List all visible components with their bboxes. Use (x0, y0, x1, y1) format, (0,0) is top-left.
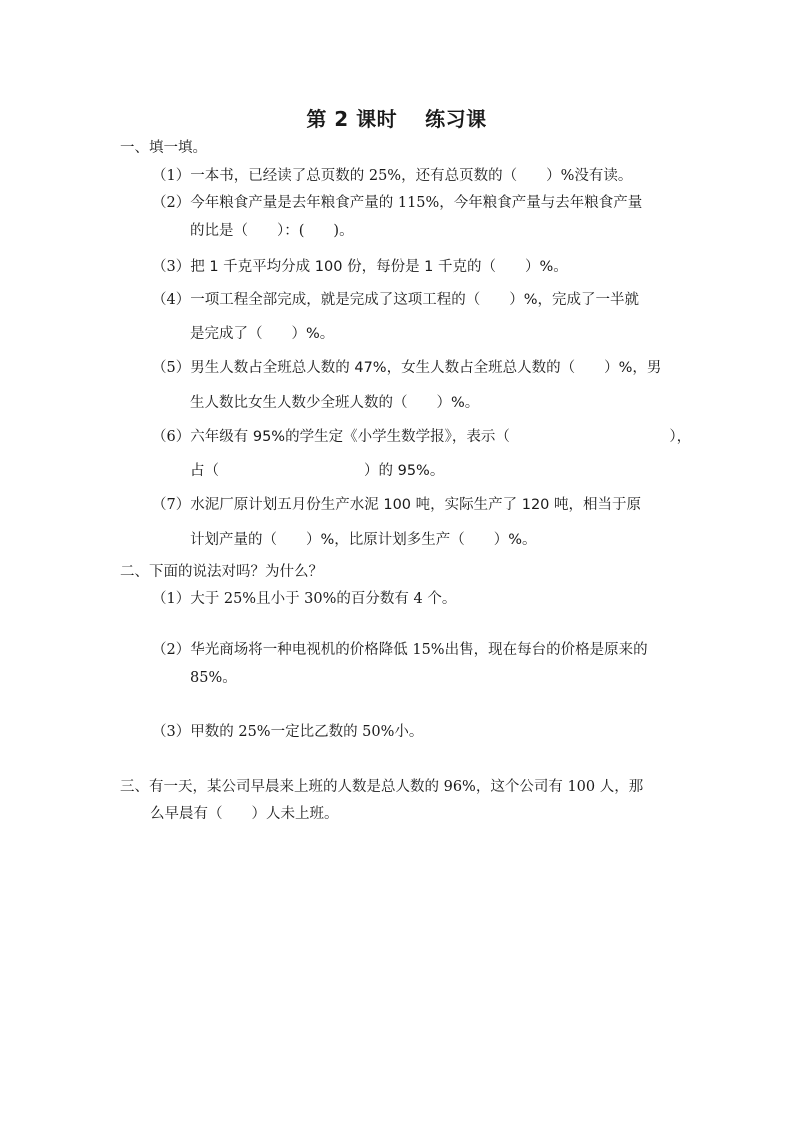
question-label: （1） (152, 591, 190, 607)
question-2-2: （2）华光商场将一种电视机的价格降低 15%出售，现在每台的价格是原来的 (152, 640, 648, 660)
question-text: 把 1 千克平均分成 100 份，每份是 1 千克的（ ）%。 (190, 259, 568, 275)
question-label: （2） (152, 642, 190, 658)
question-2-3: （3）甲数的 25%一定比乙数的 50%小。 (152, 722, 423, 742)
question-1-6-continuation: 占（ ）的 95%。 (190, 461, 444, 481)
question-1-1: （1）一本书，已经读了总页数的 25%，还有总页数的（ ）%没有读。 (152, 166, 632, 186)
question-label: （2） (152, 195, 190, 211)
question-text: 一本书，已经读了总页数的 25%，还有总页数的（ ）%没有读。 (190, 168, 632, 184)
question-1-6: （6）六年级有 95%的学生定《小学生数学报》，表示（ ）， (152, 427, 691, 447)
question-1-7: （7）水泥厂原计划五月份生产水泥 100 吨，实际生产了 120 吨，相当于原 (152, 495, 641, 515)
question-text: 水泥厂原计划五月份生产水泥 100 吨，实际生产了 120 吨，相当于原 (190, 497, 641, 513)
question-text: 甲数的 25%一定比乙数的 50%小。 (190, 724, 423, 740)
question-text: 今年粮食产量是去年粮食产量的 115%，今年粮食产量与去年粮食产量 (190, 195, 642, 211)
section-1-heading: 一、填一填。 (120, 138, 207, 158)
question-1-4-continuation: 是完成了（ ）%。 (190, 324, 334, 344)
question-label: （5） (152, 360, 190, 376)
question-label: （4） (152, 292, 190, 308)
question-text: 大于 25%且小于 30%的百分数有 4 个。 (190, 591, 456, 607)
question-label: （7） (152, 497, 190, 513)
question-label: （6） (152, 429, 190, 445)
question-text: 六年级有 95%的学生定《小学生数学报》，表示（ ）， (190, 429, 691, 445)
question-text: 有一天，某公司早晨来上班的人数是总人数的 96%，这个公司有 100 人，那 (149, 779, 643, 795)
question-label: （3） (152, 724, 190, 740)
question-1-5-continuation: 生人数比女生人数少全班人数的（ ）%。 (190, 393, 479, 413)
question-1-3: （3）把 1 千克平均分成 100 份，每份是 1 千克的（ ）%。 (152, 257, 568, 277)
page-title: 第 2 课时 练习课 (0, 103, 793, 132)
question-1-7-continuation: 计划产量的（ ）%，比原计划多生产（ ）%。 (190, 530, 537, 550)
question-label: （3） (152, 259, 190, 275)
question-text: 男生人数占全班总人数的 47%，女生人数占全班总人数的（ ）%，男 (190, 360, 661, 376)
question-1-4: （4）一项工程全部完成，就是完成了这项工程的（ ）%，完成了一半就 (152, 290, 639, 310)
question-1-2: （2）今年粮食产量是去年粮食产量的 115%，今年粮食产量与去年粮食产量 (152, 193, 642, 213)
section-3-question: 三、有一天，某公司早晨来上班的人数是总人数的 96%，这个公司有 100 人，那 (120, 777, 643, 797)
question-2-1: （1）大于 25%且小于 30%的百分数有 4 个。 (152, 589, 456, 609)
question-label: （1） (152, 168, 190, 184)
question-1-2-continuation: 的比是（ ）：( )。 (190, 221, 354, 241)
question-2-2-continuation: 85%。 (190, 668, 237, 688)
section-3-continuation: 么早晨有（ ）人未上班。 (150, 804, 339, 824)
question-1-5: （5）男生人数占全班总人数的 47%，女生人数占全班总人数的（ ）%，男 (152, 358, 661, 378)
question-text: 一项工程全部完成，就是完成了这项工程的（ ）%，完成了一半就 (190, 292, 639, 308)
section-3-heading: 三、 (120, 779, 149, 795)
section-2-heading: 二、下面的说法对吗？为什么？ (120, 562, 323, 582)
question-text: 华光商场将一种电视机的价格降低 15%出售，现在每台的价格是原来的 (190, 642, 647, 658)
